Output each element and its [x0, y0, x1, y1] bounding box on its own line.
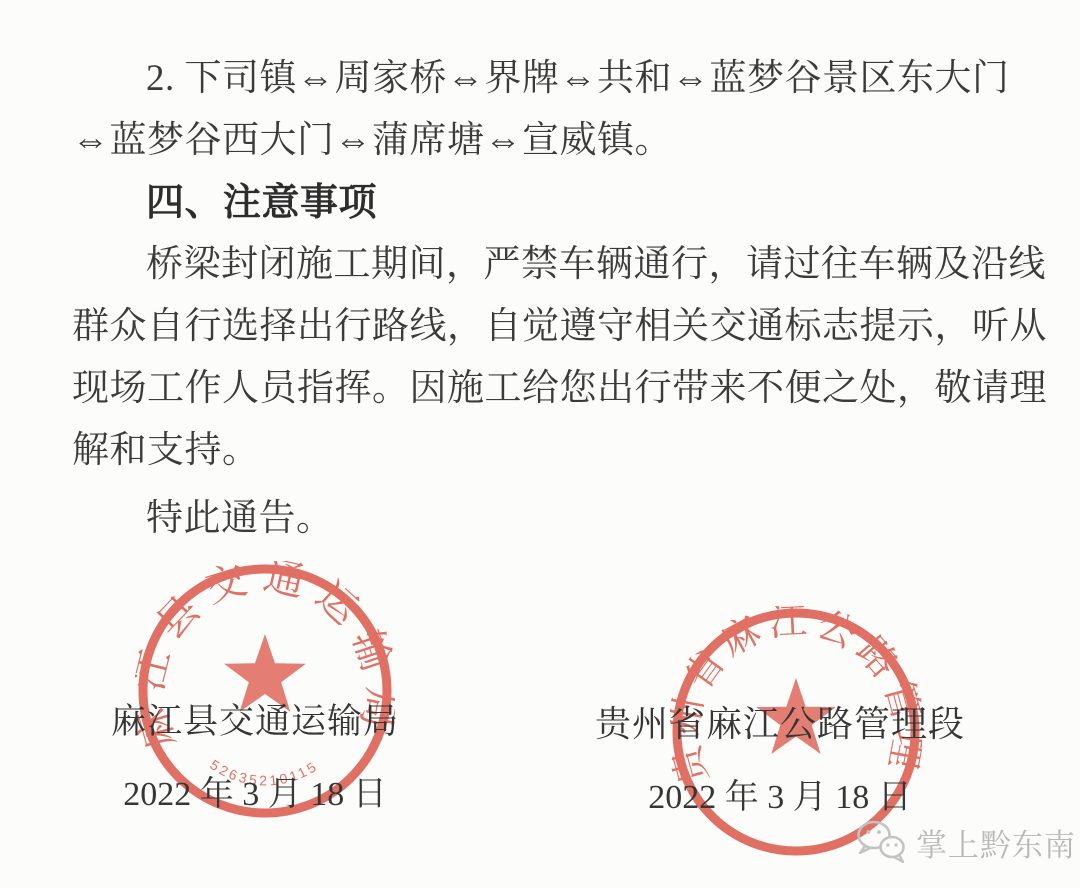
notice-line-4: 解和支持。 [72, 420, 1014, 482]
signature-date: 2022 年 3 月 18 日 [585, 769, 975, 818]
signature-org: 贵州省麻江公路管理段 [585, 696, 975, 747]
notice-line-3: 现场工作人员指挥。因施工给您出行带来不便之处，敬请理 [72, 358, 1014, 420]
notice-text-block: 2. 下司镇⇔周家桥⇔界牌⇔共和⇔蓝梦谷景区东大门 ⇔蓝梦谷西大门⇔蒲席塘⇔宣威… [72, 48, 1014, 550]
route-line-2: ⇔蓝梦谷西大门⇔蒲席塘⇔宣威镇。 [72, 110, 1014, 172]
notice-line-1: 桥梁封闭施工期间，严禁车辆通行，请过往车辆及沿线 [72, 234, 1014, 296]
notice-line-2: 群众自行选择出行路线，自觉遵守相关交通标志提示，听从 [72, 296, 1014, 358]
signature-right: 贵州省麻江公路管理段 2022 年 3 月 18 日 [585, 696, 975, 818]
section-heading: 四、注意事项 [72, 172, 1014, 234]
route-line-1: 2. 下司镇⇔周家桥⇔界牌⇔共和⇔蓝梦谷景区东大门 [72, 48, 1014, 110]
signature-org: 麻江县交通运输局 [95, 694, 415, 744]
signature-left: 麻江县交通运输局 2022 年 3 月 18 日 [95, 694, 415, 815]
closing-line: 特此通告。 [72, 488, 1014, 550]
watermark-label: 掌上黔东南 [916, 820, 1076, 865]
wechat-bubbles-icon [854, 818, 908, 866]
document-page: 2. 下司镇⇔周家桥⇔界牌⇔共和⇔蓝梦谷景区东大门 ⇔蓝梦谷西大门⇔蒲席塘⇔宣威… [0, 0, 1080, 888]
watermark: 掌上黔东南 [854, 818, 1076, 866]
signature-date: 2022 年 3 月 18 日 [95, 766, 415, 815]
